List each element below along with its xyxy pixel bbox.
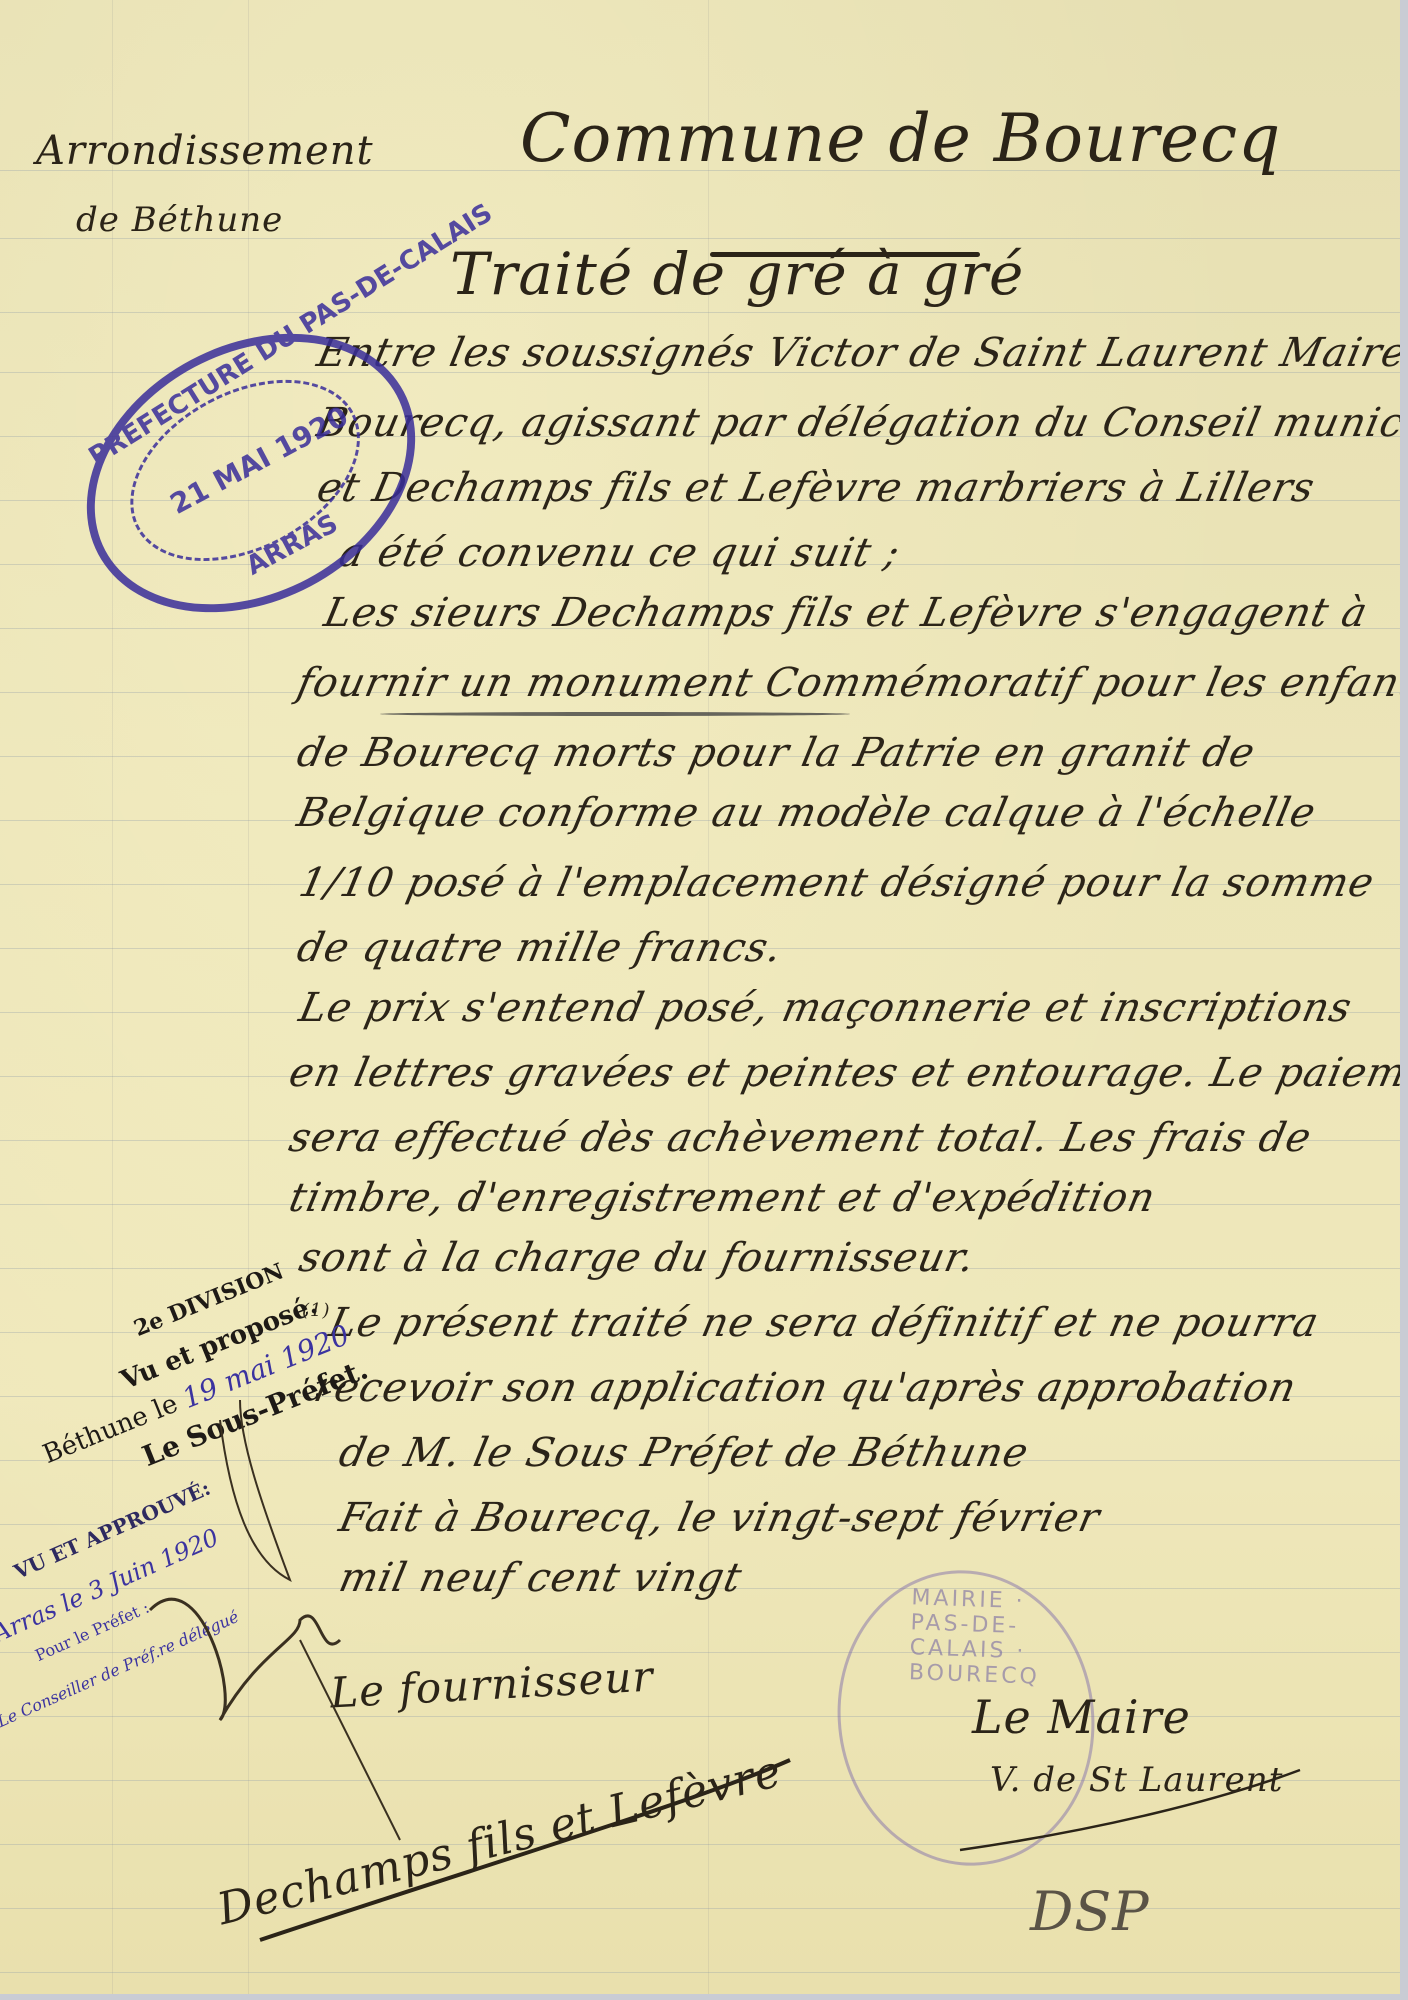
ink-strokes [0,0,1400,1994]
document-page: Arrondissement de Béthune Commune de Bou… [0,0,1400,1994]
